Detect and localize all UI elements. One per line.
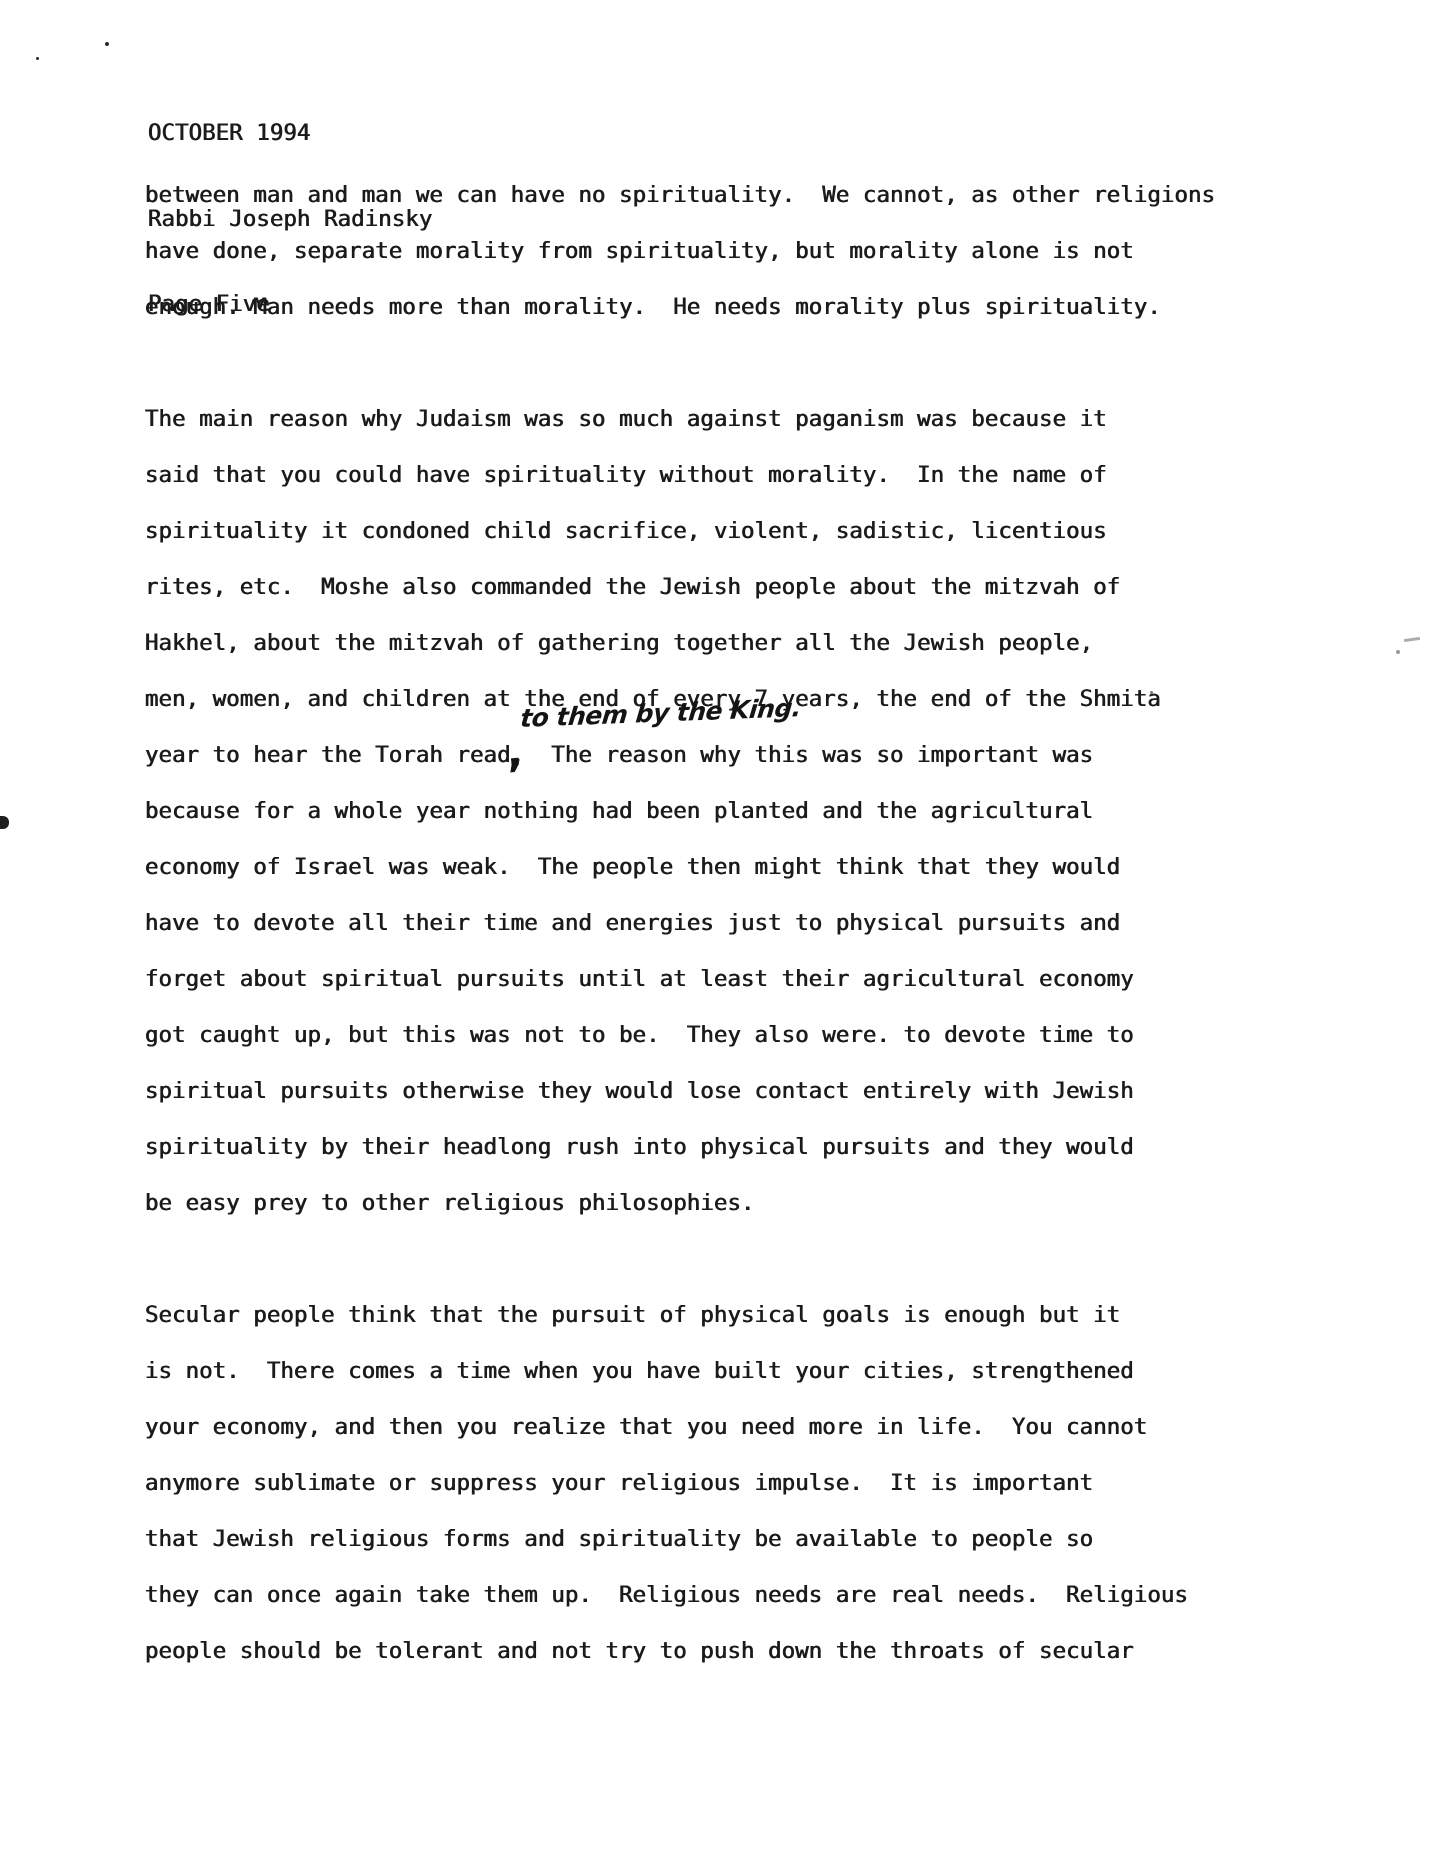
body-line: forget about spiritual pursuits until at… [145,951,1215,1007]
body-line: spiritual pursuits otherwise they would … [145,1063,1215,1119]
body-line: be easy prey to other religious philosop… [145,1175,1215,1231]
body-line: people should be tolerant and not try to… [145,1623,1215,1679]
body-line: got caught up, but this was not to be. T… [145,1007,1215,1063]
body-line: between man and man we can have no spiri… [145,167,1215,223]
paragraph-break [145,1231,1215,1287]
body-line: The main reason why Judaism was so much … [145,391,1215,447]
body-line: spirituality by their headlong rush into… [145,1119,1215,1175]
body-line: your economy, and then you realize that … [145,1399,1215,1455]
body-line: said that you could have spirituality wi… [145,447,1215,503]
body-line: they can once again take them up. Religi… [145,1567,1215,1623]
document-page: OCTOBER 1994 Rabbi Joseph Radinsky Page … [0,0,1430,1851]
body-line: spirituality it condoned child sacrifice… [145,503,1215,559]
body-line: Hakhel, about the mitzvah of gathering t… [145,615,1215,671]
document-body: between man and man we can have no spiri… [145,167,1215,1679]
body-line: economy of Israel was weak. The people t… [145,839,1215,895]
body-line: year to hear the Torah read, The reason … [145,727,1215,783]
scan-speck [105,42,109,46]
scan-speck [36,57,39,60]
scan-faint-dash [1404,637,1420,642]
body-line: enough. Man needs more than morality. He… [145,279,1215,335]
body-line: have done, separate morality from spirit… [145,223,1215,279]
body-line: anymore sublimate or suppress your relig… [145,1455,1215,1511]
body-line: that Jewish religious forms and spiritua… [145,1511,1215,1567]
body-line: have to devote all their time and energi… [145,895,1215,951]
body-line: Secular people think that the pursuit of… [145,1287,1215,1343]
paragraph-break [145,335,1215,391]
body-line: rites, etc. Moshe also commanded the Jew… [145,559,1215,615]
header-date: OCTOBER 1994 [148,119,432,148]
scan-edge-mark [0,816,9,829]
scan-tiny-dot [1150,691,1153,694]
body-line: is not. There comes a time when you have… [145,1343,1215,1399]
scan-faint-dot [1396,650,1400,654]
body-line: because for a whole year nothing had bee… [145,783,1215,839]
